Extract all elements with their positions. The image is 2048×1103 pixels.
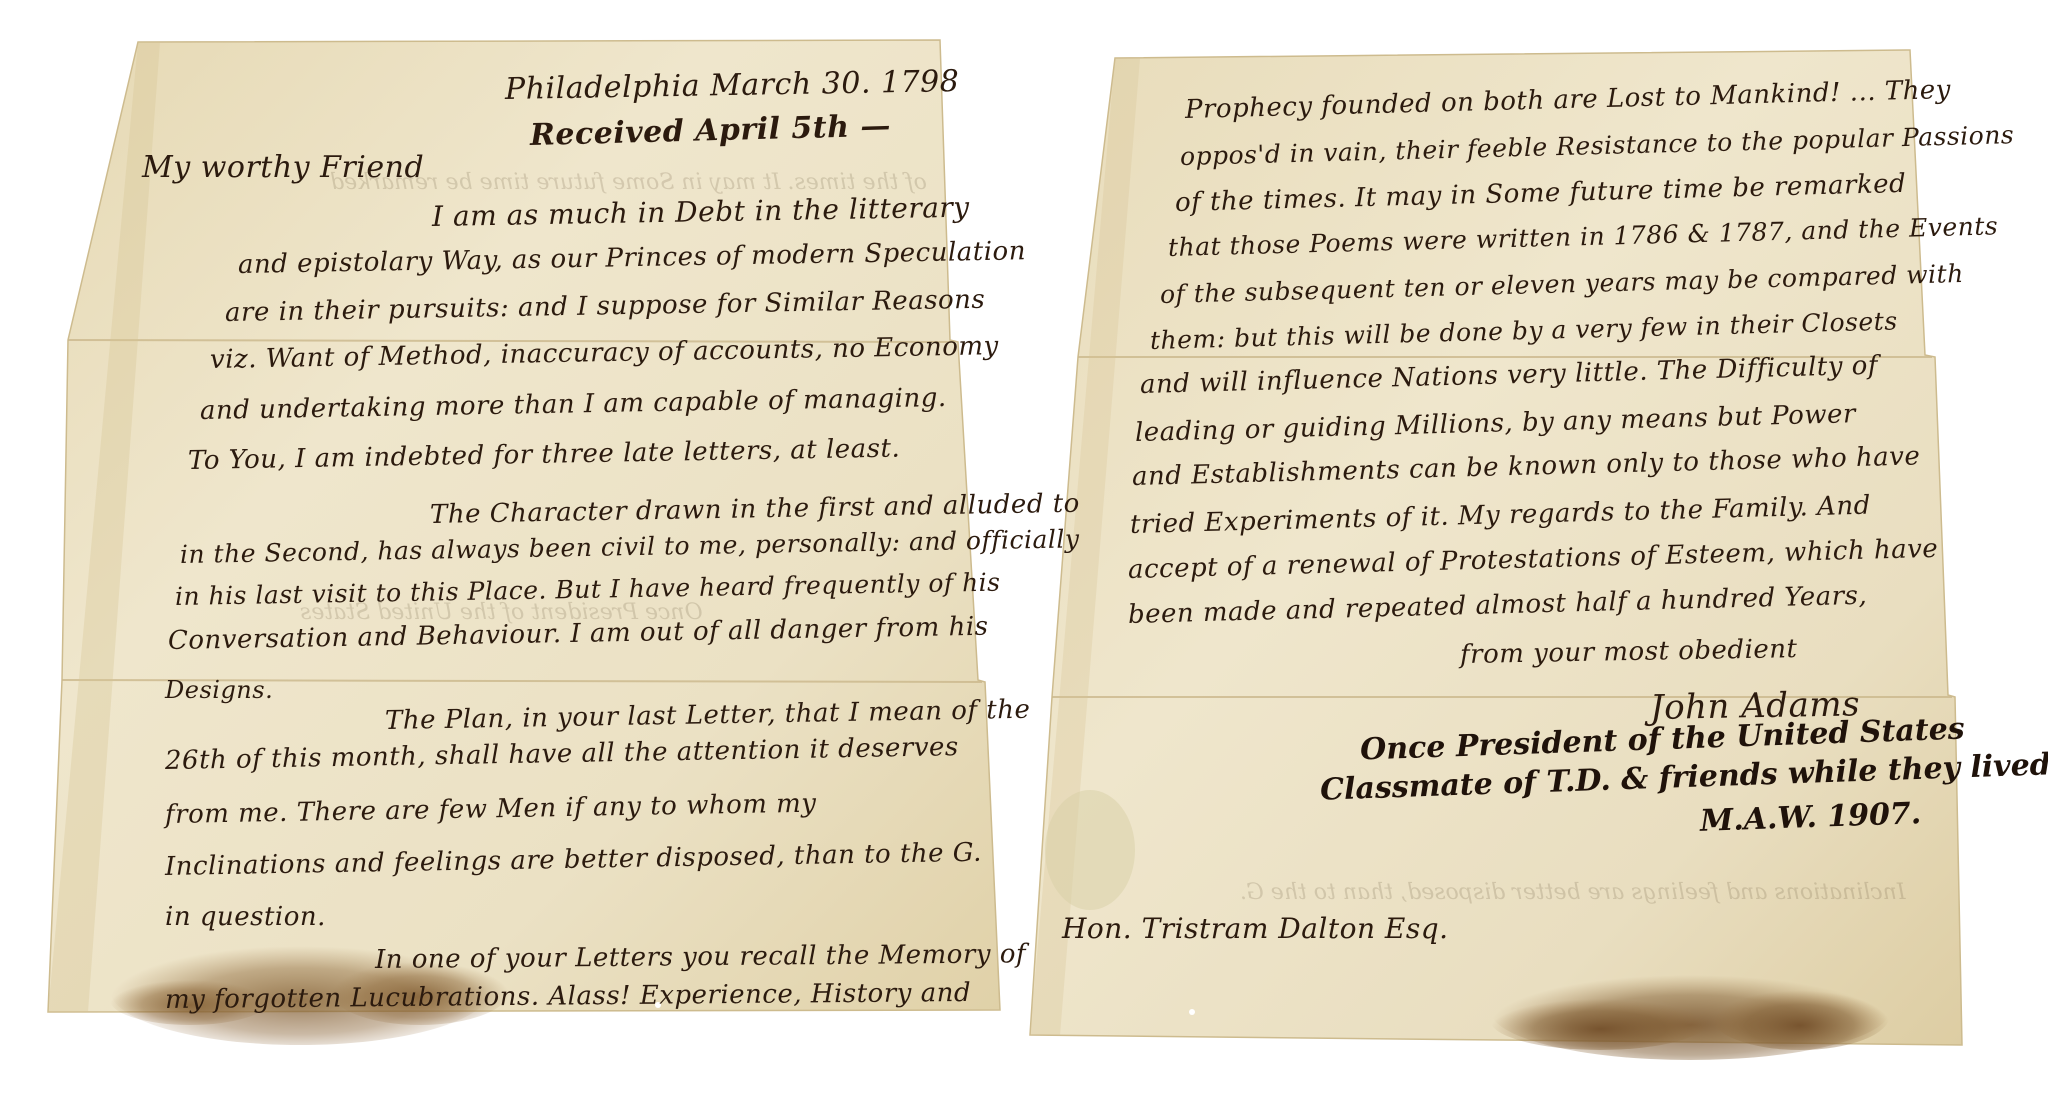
letter-line: Designs. (165, 676, 273, 704)
letter-page-left: of the times. It may in Some future time… (0, 0, 2048, 1103)
letter-line: in question. (165, 902, 326, 932)
bleed-through-text: Inclinations and feelings are better dis… (1240, 880, 1906, 905)
letter-line: In one of your Letters you recall the Me… (375, 939, 1026, 975)
salutation: My worthy Friend (142, 150, 424, 185)
